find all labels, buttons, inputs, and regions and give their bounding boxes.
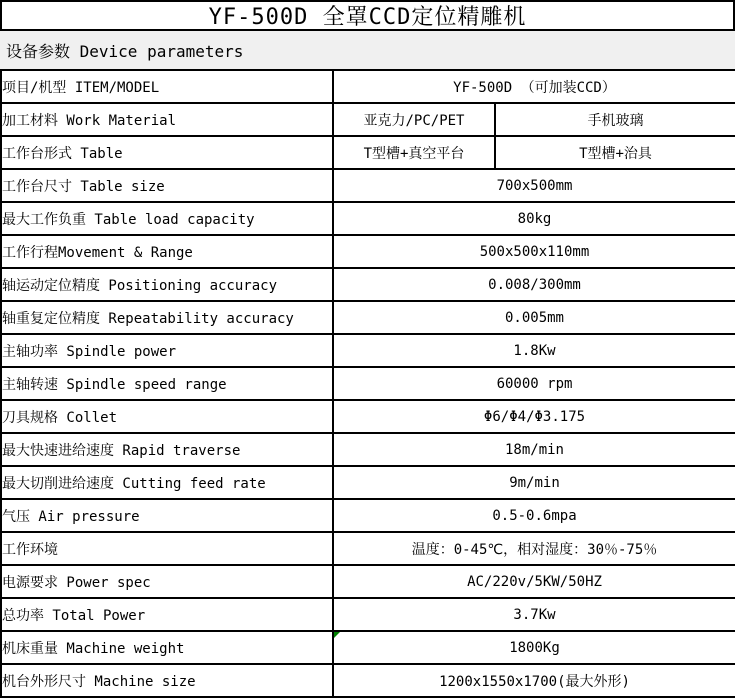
- row-label: 刀具规格 Collet: [1, 400, 333, 433]
- row-label: 主轴功率 Spindle power: [1, 334, 333, 367]
- table-row: 最大切削进给速度 Cutting feed rate9m/min: [1, 466, 735, 499]
- row-value: 亚克力/PC/PET: [333, 103, 495, 136]
- table-row: 总功率 Total Power3.7Kw: [1, 598, 735, 631]
- row-value: 1.8Kw: [333, 334, 735, 367]
- page-title: YF-500D 全罩CCD定位精雕机: [0, 0, 735, 31]
- green-triangle-icon: [334, 632, 340, 638]
- spec-table-body: 项目/机型 ITEM/MODELYF-500D （可加装CCD）加工材料 Wor…: [1, 70, 735, 697]
- table-row: 项目/机型 ITEM/MODELYF-500D （可加装CCD）: [1, 70, 735, 103]
- table-row: 电源要求 Power specAC/220v/5KW/50HZ: [1, 565, 735, 598]
- row-value: 60000 rpm: [333, 367, 735, 400]
- table-row: 气压 Air pressure0.5-0.6mpa: [1, 499, 735, 532]
- table-row: 刀具规格 ColletΦ6/Φ4/Φ3.175: [1, 400, 735, 433]
- table-row: 加工材料 Work Material亚克力/PC/PET手机玻璃: [1, 103, 735, 136]
- row-label: 轴重复定位精度 Repeatability accuracy: [1, 301, 333, 334]
- row-label: 工作台尺寸 Table size: [1, 169, 333, 202]
- row-value: AC/220v/5KW/50HZ: [333, 565, 735, 598]
- row-value: 700x500mm: [333, 169, 735, 202]
- spec-sheet: YF-500D 全罩CCD定位精雕机 设备参数 Device parameter…: [0, 0, 735, 698]
- row-value: 80kg: [333, 202, 735, 235]
- table-row: 工作环境温度：0-45℃，相对湿度：30％-75％: [1, 532, 735, 565]
- row-label: 最大工作负重 Table load capacity: [1, 202, 333, 235]
- table-row: 最大快速进给速度 Rapid traverse18m/min: [1, 433, 735, 466]
- table-row: 机台外形尺寸 Machine size1200x1550x1700(最大外形): [1, 664, 735, 697]
- table-row: 主轴转速 Spindle speed range60000 rpm: [1, 367, 735, 400]
- table-row: 工作台形式 TableT型槽+真空平台T型槽+治具: [1, 136, 735, 169]
- row-value: Φ6/Φ4/Φ3.175: [333, 400, 735, 433]
- row-value: T型槽+真空平台: [333, 136, 495, 169]
- row-value: 18m/min: [333, 433, 735, 466]
- row-label: 工作台形式 Table: [1, 136, 333, 169]
- row-label: 最大切削进给速度 Cutting feed rate: [1, 466, 333, 499]
- table-row: 轴重复定位精度 Repeatability accuracy0.005mm: [1, 301, 735, 334]
- row-label: 工作行程Movement & Range: [1, 235, 333, 268]
- row-label: 工作环境: [1, 532, 333, 565]
- row-value: YF-500D （可加装CCD）: [333, 70, 735, 103]
- row-value: 500x500x110mm: [333, 235, 735, 268]
- row-label: 电源要求 Power spec: [1, 565, 333, 598]
- table-row: 轴运动定位精度 Positioning accuracy0.008/300mm: [1, 268, 735, 301]
- spec-table: 项目/机型 ITEM/MODELYF-500D （可加装CCD）加工材料 Wor…: [0, 69, 735, 698]
- row-value: 0.5-0.6mpa: [333, 499, 735, 532]
- table-row: 工作台尺寸 Table size700x500mm: [1, 169, 735, 202]
- row-value: 3.7Kw: [333, 598, 735, 631]
- table-row: 工作行程Movement & Range500x500x110mm: [1, 235, 735, 268]
- row-value: 9m/min: [333, 466, 735, 499]
- row-label: 主轴转速 Spindle speed range: [1, 367, 333, 400]
- row-value: 0.005mm: [333, 301, 735, 334]
- row-value: T型槽+治具: [495, 136, 735, 169]
- row-value: 0.008/300mm: [333, 268, 735, 301]
- row-label: 项目/机型 ITEM/MODEL: [1, 70, 333, 103]
- row-label: 气压 Air pressure: [1, 499, 333, 532]
- row-value: 1200x1550x1700(最大外形): [333, 664, 735, 697]
- row-value: 1800Kg: [333, 631, 735, 664]
- row-value: 温度：0-45℃，相对湿度：30％-75％: [333, 532, 735, 565]
- row-label: 总功率 Total Power: [1, 598, 333, 631]
- row-value: 手机玻璃: [495, 103, 735, 136]
- row-label: 轴运动定位精度 Positioning accuracy: [1, 268, 333, 301]
- section-header: 设备参数 Device parameters: [0, 31, 735, 69]
- row-label: 最大快速进给速度 Rapid traverse: [1, 433, 333, 466]
- row-label: 机床重量 Machine weight: [1, 631, 333, 664]
- row-label: 机台外形尺寸 Machine size: [1, 664, 333, 697]
- table-row: 主轴功率 Spindle power1.8Kw: [1, 334, 735, 367]
- table-row: 机床重量 Machine weight1800Kg: [1, 631, 735, 664]
- row-label: 加工材料 Work Material: [1, 103, 333, 136]
- table-row: 最大工作负重 Table load capacity80kg: [1, 202, 735, 235]
